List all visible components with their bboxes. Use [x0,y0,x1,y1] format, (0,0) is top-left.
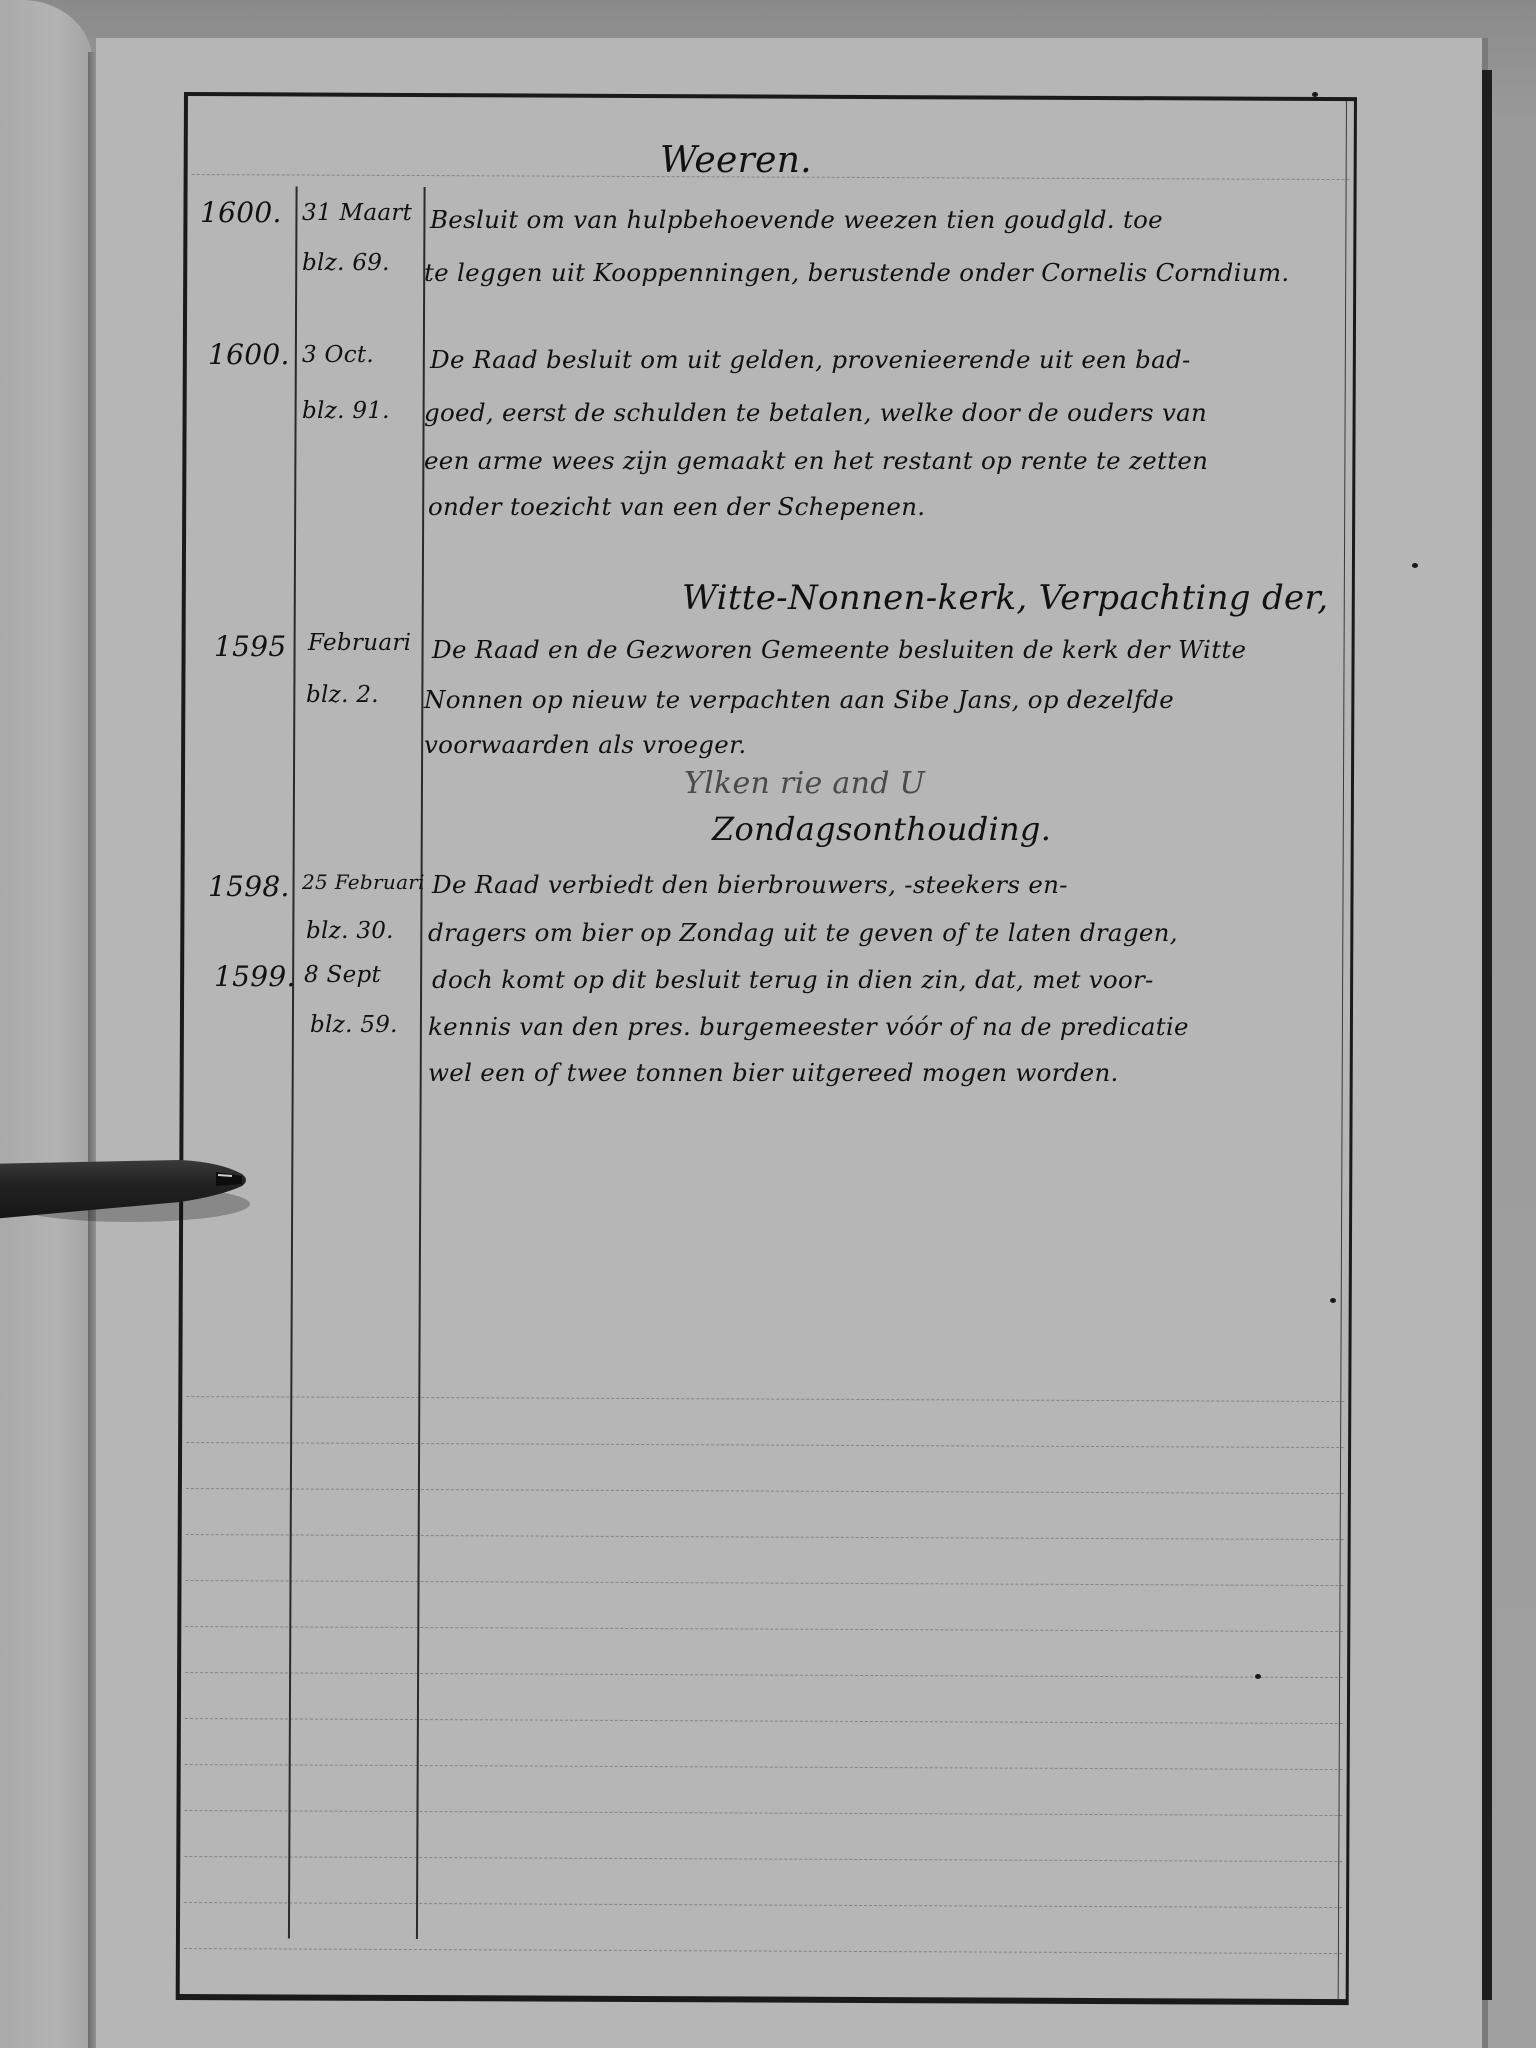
entry-line: te leggen uit Kooppenningen, berustende … [424,258,1289,287]
entry-line: De Raad besluit om uit gelden, proveniee… [430,345,1191,374]
year-column-divider [288,186,298,1938]
entry-date: 25 Februari [302,870,425,894]
entry-line: een arme wees zijn gemaakt en het restan… [424,446,1208,475]
entry-line: doch komt op dit besluit terug in dien z… [432,965,1154,994]
section-heading: Zondagsonthouding. [712,810,1051,848]
entry-page-ref: blz. 91. [302,398,390,424]
ruling-line [186,1534,1344,1540]
entry-year: 1599. [214,960,296,993]
ruling-line [186,1488,1344,1494]
ink-speck [1312,92,1318,97]
entry-line: dragers om bier op Zondag uit te geven o… [428,918,1178,947]
section-heading: Weeren. [660,140,812,181]
entry-page-ref: blz. 59. [310,1012,398,1038]
ruling-line [186,1580,1344,1586]
ruling-line [186,1396,1344,1402]
entry-year: 1600. [208,338,290,371]
ruling-line [184,1902,1342,1908]
entry-line: De Raad en de Gezworen Gemeente besluite… [432,635,1246,664]
entry-line: onder toezicht van een der Schepenen. [428,492,925,521]
entry-page-ref: blz. 30. [306,918,394,944]
ledger-frame [176,92,1357,2005]
entry-line: voorwaarden als vroeger. [424,730,747,759]
entry-year: 1600. [200,196,282,229]
entry-line: kennis van den pres. burgemeester vóór o… [428,1012,1189,1041]
pencil-annotation: Ylken rie and U [684,766,925,801]
entry-year: 1595 [214,630,286,663]
ruling-line [184,1948,1342,1954]
entry-date: 3 Oct. [302,342,374,368]
pen-icon [0,1152,260,1232]
entry-page-ref: blz. 69. [302,250,390,276]
section-heading: Witte-Nonnen-kerk, Verpachting der, [682,578,1328,618]
right-margin-line [1338,101,1347,1999]
ruling-line [185,1764,1343,1770]
ruling-line [185,1672,1343,1678]
ink-speck [1255,1674,1261,1679]
entry-line: goed, eerst de schulden te betalen, welk… [424,398,1207,427]
entry-line: Besluit om van hulpbehoevende weezen tie… [430,205,1163,234]
entry-date: 8 Sept [304,962,381,988]
entry-date: Februari [308,630,411,656]
ink-speck [1412,563,1418,568]
left-facing-page [0,0,92,2048]
entry-year: 1598. [208,870,290,903]
page-edge [1482,70,1492,2000]
ink-speck [1330,1298,1336,1303]
ruling-line [186,1442,1344,1448]
photo-scene: Weeren. 1600. 31 Maart blz. 69. Besluit … [0,0,1536,2048]
entry-date: 31 Maart [302,200,412,226]
entry-line: De Raad verbiedt den bierbrouwers, -stee… [432,870,1068,899]
entry-line: Nonnen op nieuw te verpachten aan Sibe J… [424,685,1174,714]
ruling-line [185,1718,1343,1724]
entry-line: wel een of twee tonnen bier uitgereed mo… [428,1058,1119,1087]
ruling-line [184,1856,1342,1862]
ruling-line [184,1810,1342,1816]
ruling-line [185,1626,1343,1632]
entry-page-ref: blz. 2. [306,682,379,708]
